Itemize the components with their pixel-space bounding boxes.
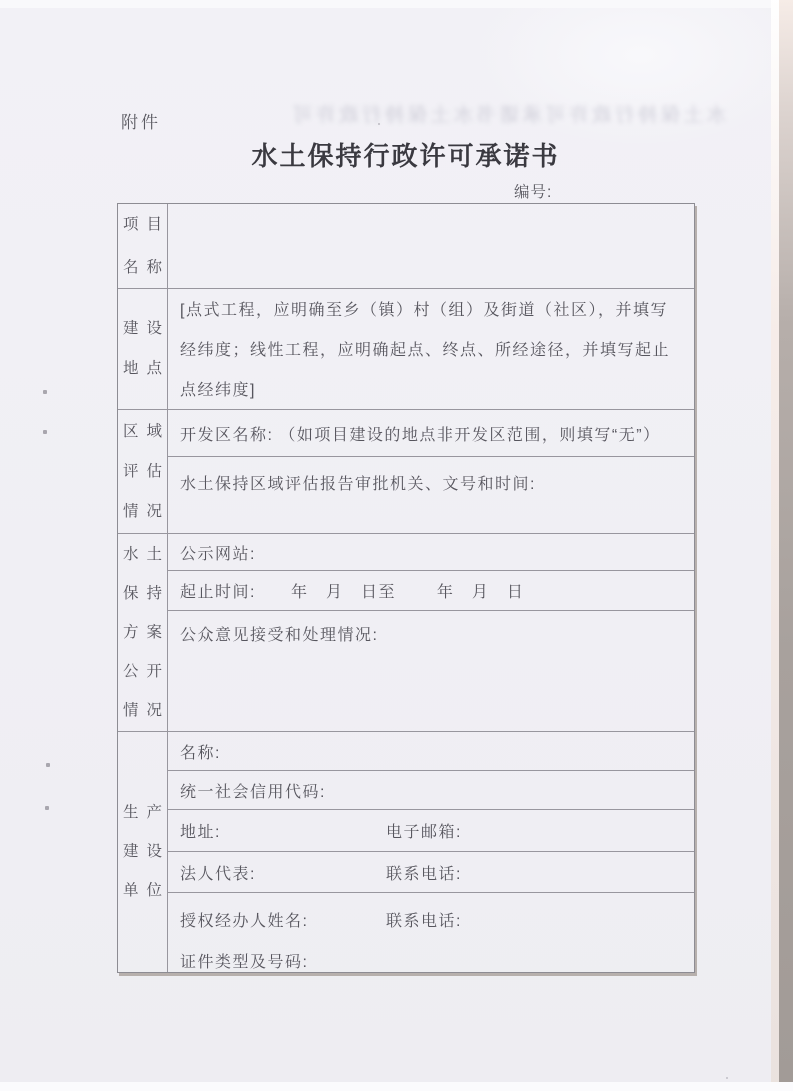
field-address-label: 地址: [180,819,386,842]
field-legal-representative: 法人代表: 联系电话: [168,851,694,892]
scan-speck [43,430,47,434]
field-project-name [168,204,694,288]
field-development-zone-name: 开发区名称: （如项目建设的地点非开发区范围，则填写“无”） [168,410,694,456]
scan-speck [46,763,50,767]
row-project-name: 项目 名称 [118,204,694,288]
row-label-project-name: 项目 名称 [118,204,168,288]
row-construction-unit: 生产 建设 单位 名称: 统一社会信用代码: 地址: 电子邮箱: 法人代表: 联… [118,731,694,972]
attachment-label: 附件 [121,108,161,133]
row-label-construction-location: 建设 地点 [118,289,168,409]
row-label-regional-assessment: 区域 评估 情况 [118,410,168,533]
field-email-label: 电子邮箱: [386,819,462,842]
field-public-website: 公示网站: [168,534,694,570]
document-number-label: 编号: [514,180,552,202]
field-construction-location-note: [点式工程，应明确至乡（镇）村（组）及街道（社区），并填写 经纬度；线性工程，应… [168,289,694,409]
field-legal-rep-phone-label: 联系电话: [386,861,462,884]
field-credit-code: 统一社会信用代码: [168,770,694,809]
row-label-construction-unit: 生产 建设 单位 [118,732,168,972]
page-title: 水土保持行政许可承诺书 [0,136,793,173]
row-construction-location: 建设 地点 [点式工程，应明确至乡（镇）村（组）及街道（社区），并填写 经纬度；… [118,288,694,409]
scan-speck [43,390,47,394]
row-regional-assessment: 区域 评估 情况 开发区名称: （如项目建设的地点非开发区范围，则填写“无”） … [118,409,694,533]
scan-top-edge [0,0,793,8]
field-disclosure-period: 起止时间: 年 月 日至 年 月 日 [168,570,694,610]
row-plan-disclosure: 水土 保持 方案 公开 情况 公示网站: 起止时间: 年 月 日至 年 月 日 … [118,533,694,731]
scan-bottom-edge [0,1082,793,1091]
field-agent-phone-label: 联系电话: [386,901,462,942]
field-agent-name-label: 授权经办人姓名: [180,901,386,942]
scan-speck [726,1077,728,1079]
scan-speck [378,123,380,125]
field-address-email: 地址: 电子邮箱: [168,809,694,851]
field-unit-name: 名称: [168,732,694,770]
field-authorized-agent: 授权经办人姓名: 联系电话: 证件类型及号码: [168,892,694,972]
field-legal-rep-label: 法人代表: [180,861,386,884]
form-table: 项目 名称 建设 地点 [点式工程，应明确至乡（镇）村（组）及街道（社区），并填… [117,203,695,973]
field-assessment-approval: 水土保持区域评估报告审批机关、文号和时间: [168,456,694,533]
bleedthrough-text: 水土保持行政许可承诺书水土保持行政许可 [248,100,726,126]
field-public-comments: 公众意见接受和处理情况: [168,610,694,731]
field-id-type-number-label: 证件类型及号码: [180,942,694,983]
scan-speck [45,806,49,810]
row-label-plan-disclosure: 水土 保持 方案 公开 情况 [118,534,168,731]
